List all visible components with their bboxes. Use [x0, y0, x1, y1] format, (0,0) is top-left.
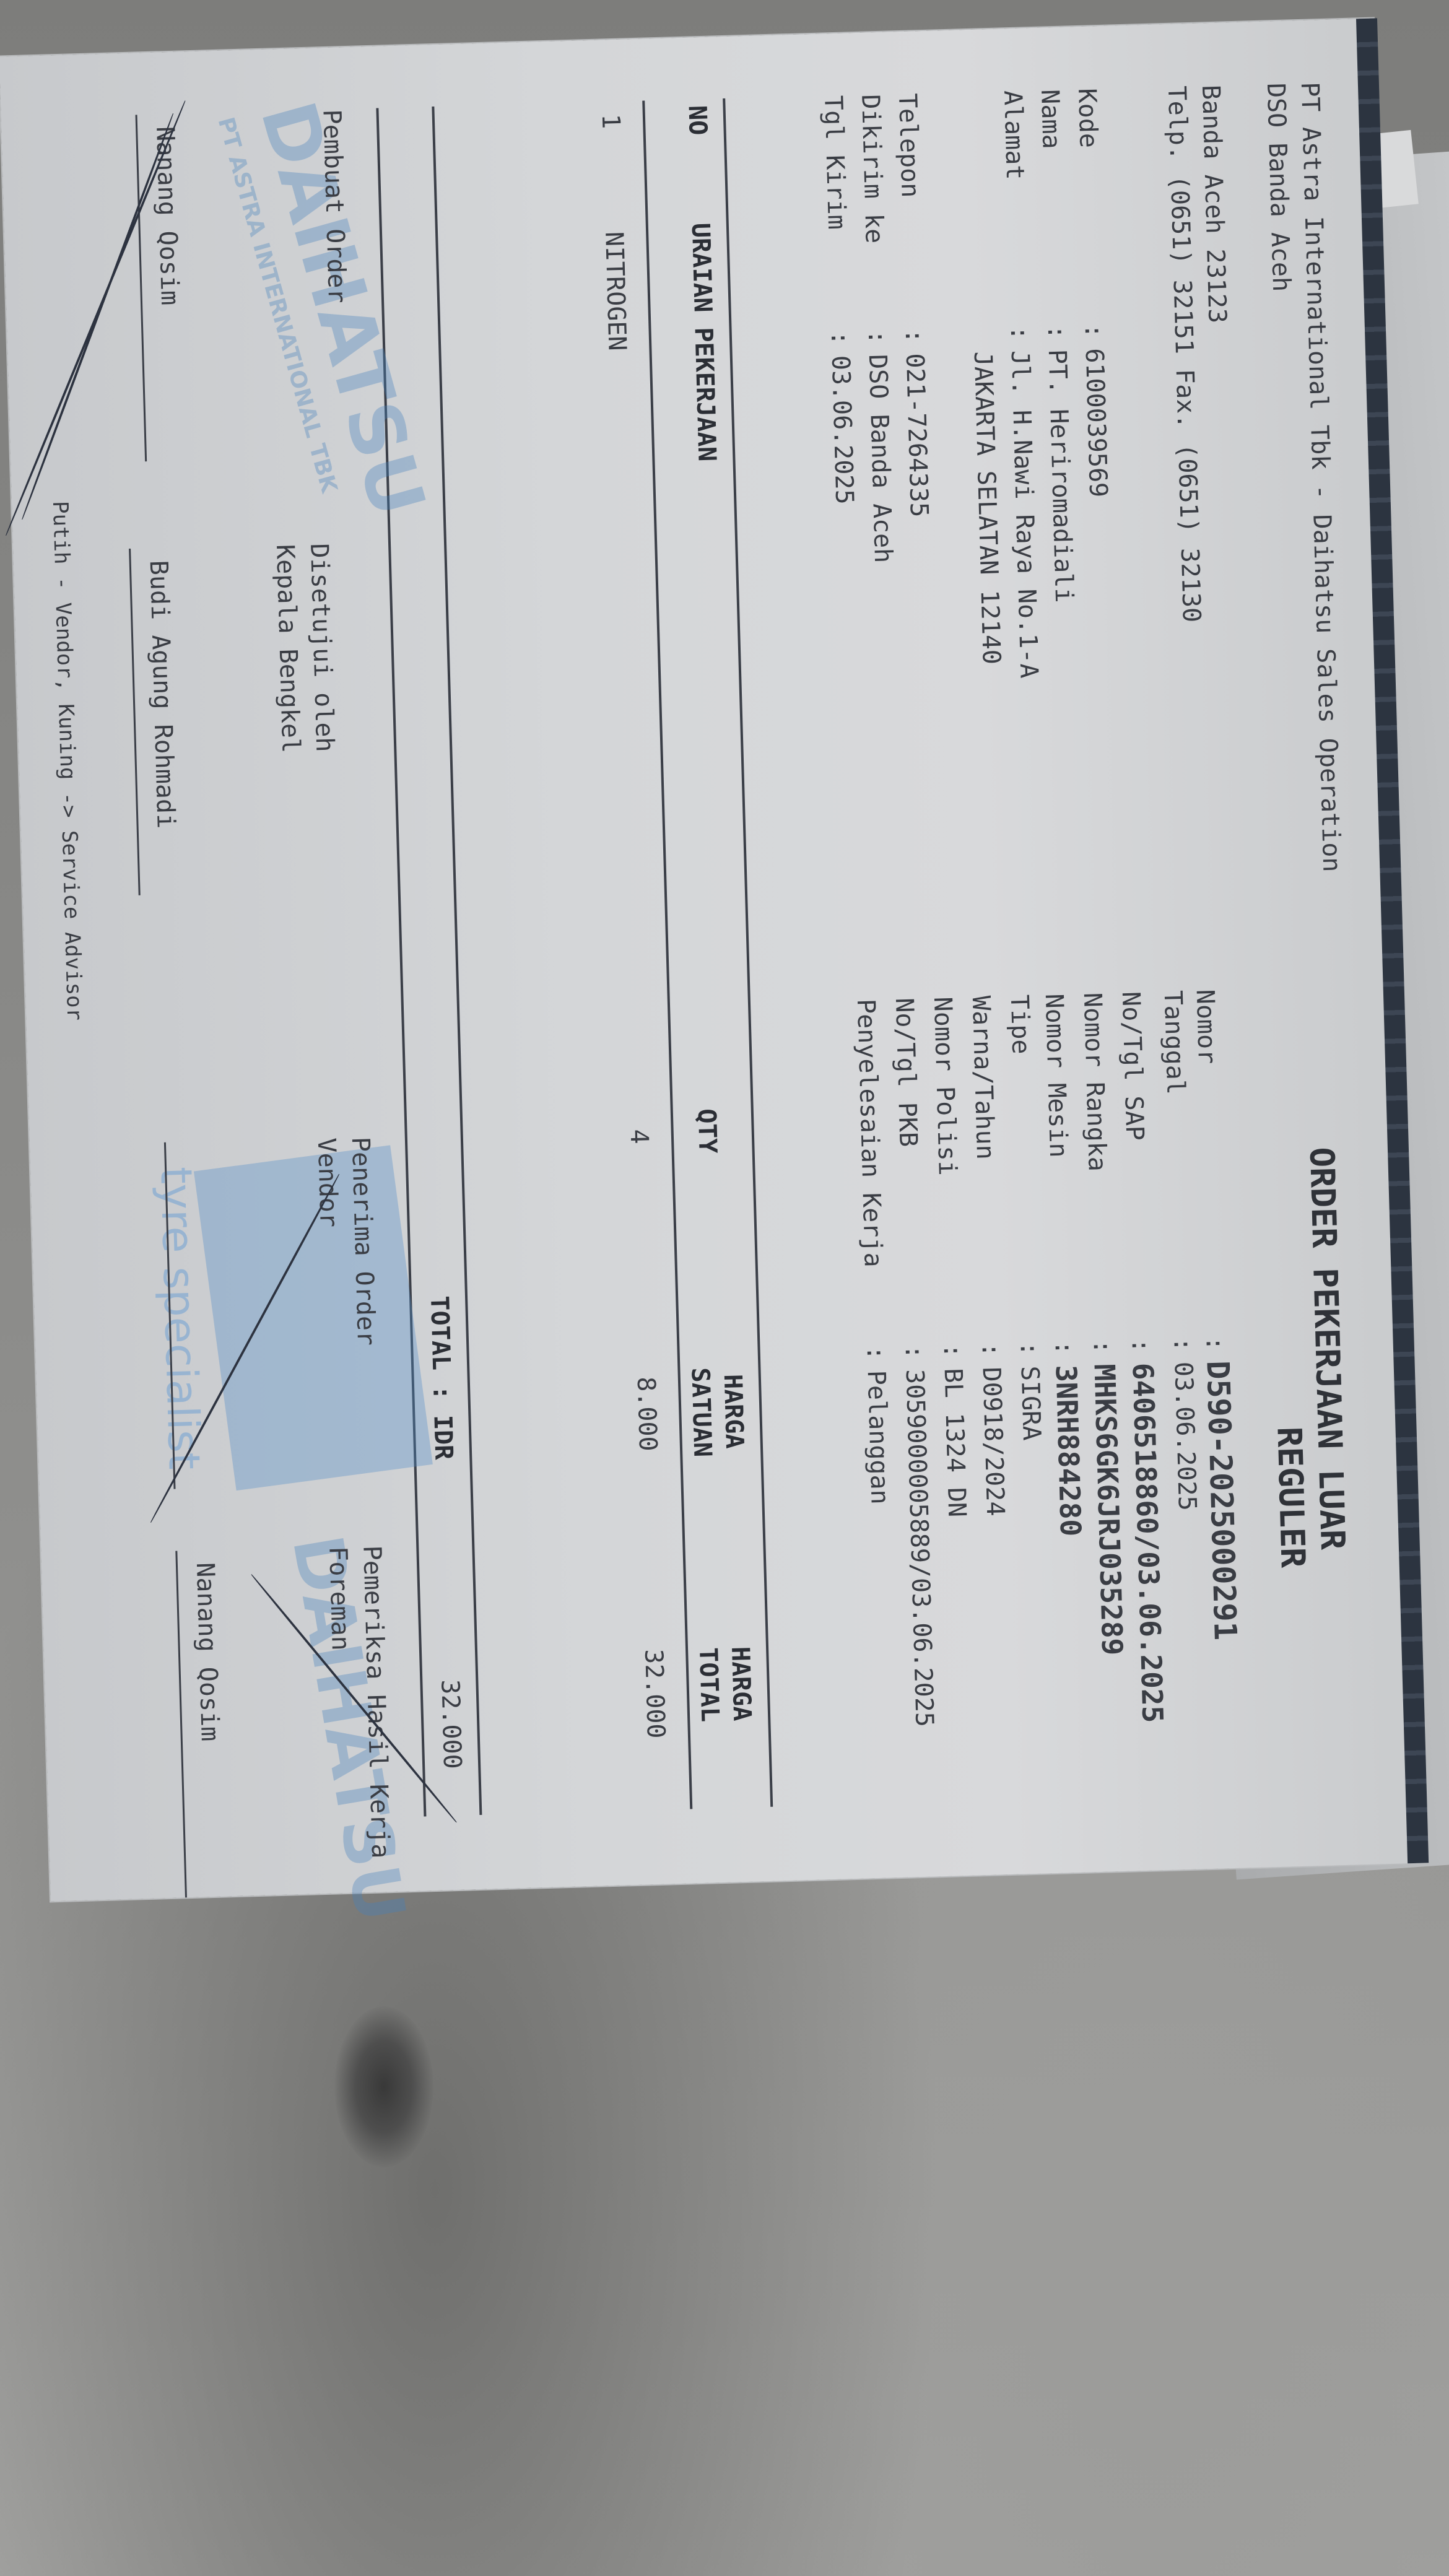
order-info-colon: :	[897, 1344, 930, 1369]
vendor-info-row: Tgl Kirim:03.06.2025	[817, 95, 860, 505]
signature-title: Foreman	[321, 1546, 357, 1651]
order-info-label: No/Tgl PKB	[888, 998, 930, 1345]
cell-uraian: NITROGEN	[598, 231, 633, 351]
cell-harga-total: 32.000	[637, 1648, 672, 1739]
order-info-colon: :	[1124, 1338, 1157, 1363]
order-info-label: No/Tgl SAP	[1115, 991, 1157, 1338]
order-info-label: Penyelesaian Kerja	[850, 998, 892, 1346]
order-info-value: 3NRH884280	[1050, 1365, 1088, 1537]
signature-name: Nanang Qosim	[189, 1562, 226, 1742]
order-info-colon: :	[936, 1343, 968, 1368]
work-order-content: PT Astra International Tbk - Daihatsu Sa…	[50, 44, 1399, 1876]
table-header-rule	[642, 100, 692, 1809]
vendor-info-label: Nama	[1033, 89, 1073, 325]
order-info-label: Nomor Polisi	[926, 996, 968, 1344]
vendor-info-label: Dikirim ke	[854, 94, 893, 330]
signature-line	[136, 115, 147, 461]
document-subtitle: REGULER	[1267, 1426, 1315, 1568]
order-info-colon: :	[1086, 1339, 1118, 1364]
signature-role: Disetujui oleh	[303, 543, 341, 752]
signature-title: Vendor	[310, 1138, 345, 1228]
floor-stain	[334, 2006, 433, 2167]
order-info-row: Nomor Polisi:BL 1324 DN	[926, 996, 973, 1518]
cell-harga-satuan: 8.000	[630, 1377, 664, 1452]
vendor-info-colon: :	[824, 330, 856, 355]
signature-title: Kepala Bengkel	[269, 544, 307, 753]
signature-role: Pembuat Order	[315, 109, 353, 303]
vendor-info-label: Tgl Kirim	[817, 95, 856, 331]
city-postcode: Banda Aceh 23123	[1194, 84, 1234, 324]
order-info-colon: :	[859, 1345, 892, 1370]
col-header-no: NO	[681, 105, 713, 136]
col-header-harga-total: HARGA TOTAL	[691, 1621, 759, 1747]
company-name: PT Astra International Tbk - Daihatsu Sa…	[1294, 82, 1348, 872]
signature-role: Penerima Order	[344, 1136, 382, 1346]
vendor-info-label: Alamat	[996, 90, 1035, 326]
vendor-info-value: JAKARTA SELATAN 12140	[968, 351, 1006, 665]
order-info-colon: :	[974, 1342, 1007, 1367]
order-info-value: BL 1324 DN	[939, 1368, 972, 1518]
order-info-value: MHKS6GK6JRJ035289	[1087, 1364, 1129, 1656]
cell-no: 1	[594, 113, 627, 129]
order-info-value: 6406518860/03.06.2025	[1126, 1362, 1169, 1723]
table-bottom-rule	[432, 107, 482, 1815]
vendor-info-colon: :	[1077, 323, 1110, 349]
signature-name: Nanang Qosim	[149, 126, 186, 305]
order-info-value: 3059000005889/03.06.2025	[900, 1368, 939, 1727]
order-info-colon: :	[1047, 1340, 1080, 1365]
vendor-info-colon: :	[898, 328, 931, 354]
vendor-info-colon	[974, 327, 975, 352]
vendor-info-colon: :	[1040, 324, 1073, 349]
order-info-row: Warna/Tahun:D0918/2024	[965, 995, 1011, 1516]
signature-line	[129, 549, 141, 895]
vendor-info-colon: :	[1003, 325, 1036, 350]
vendor-info-label	[967, 92, 974, 327]
order-info-label: Warna/Tahun	[965, 995, 1007, 1342]
order-info-row: Penyelesaian Kerja:Pelanggan	[850, 998, 896, 1505]
order-info-value: 03.06.2025	[1168, 1361, 1201, 1511]
vendor-info-colon: :	[861, 329, 894, 354]
total-value: 32.000	[433, 1679, 468, 1770]
order-info-value: SIGRA	[1016, 1365, 1046, 1441]
order-info-colon: :	[1198, 1336, 1231, 1361]
table-top-rule	[723, 98, 773, 1807]
order-info-colon: :	[1012, 1341, 1045, 1366]
order-info-label: Nomor Mesin	[1038, 993, 1080, 1341]
vendor-info-value: 021-7264335	[900, 353, 933, 518]
signature-stroke	[21, 113, 175, 520]
vendor-info-label: Kode	[1071, 88, 1110, 324]
vendor-info-value: PT. Heriromadiali	[1043, 349, 1078, 603]
cell-qty: 4	[623, 1129, 656, 1145]
work-order-paper: PT Astra International Tbk - Daihatsu Sa…	[0, 19, 1425, 1902]
branch-name: DSO Banda Aceh	[1260, 82, 1297, 292]
footer-note: Putih - Vendor, Kuning -> Service Adviso…	[46, 501, 89, 1021]
vendor-info-row: Dikirim ke:DSO Banda Aceh	[854, 94, 899, 563]
vendor-info-value: DSO Banda Aceh	[863, 354, 897, 563]
order-info-colon: :	[1166, 1336, 1199, 1362]
vendor-info-label: Telepon	[891, 93, 930, 329]
col-header-uraian: URAIAN PEKERJAAN	[684, 222, 723, 462]
vendor-info-row: Kode:6100039569	[1071, 88, 1114, 498]
vendor-info-value: Jl. H.Nawi Raya No.1-A	[1006, 350, 1043, 679]
order-info-value: D590-2025000291	[1199, 1360, 1243, 1641]
vendor-info-row: Telepon:021-7264335	[891, 93, 935, 518]
signature-name: Budi Agung Rohmadi	[142, 560, 182, 829]
order-info-value: D0918/2024	[977, 1367, 1010, 1516]
col-header-qty: QTY	[690, 1108, 724, 1154]
vendor-info-value: 03.06.2025	[826, 355, 859, 505]
order-info-label: Nomor Rangka	[1076, 992, 1118, 1339]
order-info-value: Pelanggan	[862, 1370, 894, 1505]
signature-line	[175, 1551, 187, 1897]
vendor-info-value: 6100039569	[1080, 348, 1113, 498]
col-header-harga-satuan: HARGA SATUAN	[684, 1349, 752, 1475]
